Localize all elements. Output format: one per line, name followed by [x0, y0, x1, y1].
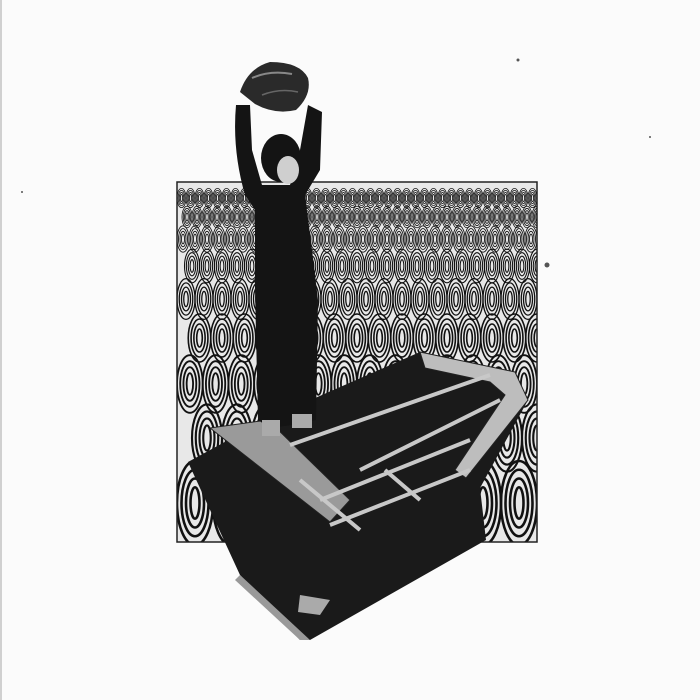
rock: [240, 62, 309, 112]
artwork-canvas: [0, 0, 700, 700]
collage-illustration: [0, 0, 700, 700]
